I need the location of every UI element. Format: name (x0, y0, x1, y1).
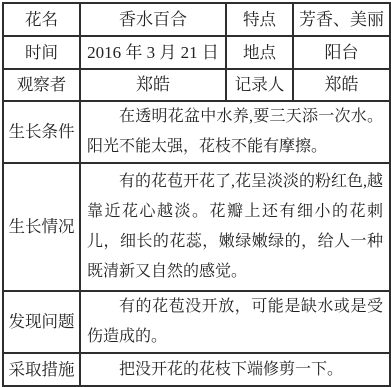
growth-status-label: 生长情况 (3, 163, 80, 291)
location-label: 地点 (226, 36, 293, 69)
measures-cell: 把没开花的花枝下端修剪一下。 (80, 353, 390, 386)
table-row-growth-status: 生长情况 有的花苞开花了,花呈淡淡的粉红色,越靠近花心越淡。花瓣上还有细小的花刺… (3, 163, 390, 291)
observer-value: 郑皓 (80, 69, 226, 101)
table-row-growth-conditions: 生长条件 在透明花盆中水养,要三天添一次水。阳光不能太强，花枝不能有摩擦。 (3, 101, 390, 163)
measures-label: 采取措施 (3, 353, 80, 386)
growth-status-cell: 有的花苞开花了,花呈淡淡的粉红色,越靠近花心越淡。花瓣上还有细小的花刺儿，细长的… (80, 163, 390, 291)
growth-status-content: 有的花苞开花了,花呈淡淡的粉红色,越靠近花心越淡。花瓣上还有细小的花刺儿，细长的… (87, 167, 383, 287)
problems-cell: 有的花苞没开放，可能是缺水或是受伤造成的。 (80, 291, 390, 353)
growth-conditions-label: 生长条件 (3, 101, 80, 163)
document-page: 花名 香水百合 特点 芳香、美丽 时间 2016 年 3 月 21 日 地点 阳… (0, 0, 391, 384)
recorder-label: 记录人 (226, 69, 293, 101)
table-row-time-place: 时间 2016 年 3 月 21 日 地点 阳台 (3, 36, 390, 69)
table-row-measures: 采取措施 把没开花的花枝下端修剪一下。 (3, 353, 390, 386)
date-label: 时间 (3, 36, 80, 69)
problems-label: 发现问题 (3, 291, 80, 353)
problems-content: 有的花苞没开放，可能是缺水或是受伤造成的。 (87, 292, 383, 352)
table-row-problems: 发现问题 有的花苞没开放，可能是缺水或是受伤造成的。 (3, 291, 390, 353)
observer-label: 观察者 (3, 69, 80, 101)
feature-value: 芳香、美丽 (293, 3, 390, 36)
table-row-flower: 花名 香水百合 特点 芳香、美丽 (3, 3, 390, 36)
date-value: 2016 年 3 月 21 日 (80, 36, 226, 69)
observation-table: 花名 香水百合 特点 芳香、美丽 时间 2016 年 3 月 21 日 地点 阳… (2, 2, 391, 387)
feature-label: 特点 (226, 3, 293, 36)
growth-conditions-cell: 在透明花盆中水养,要三天添一次水。阳光不能太强，花枝不能有摩擦。 (80, 101, 390, 163)
recorder-value: 郑皓 (293, 69, 390, 101)
location-value: 阳台 (293, 36, 390, 69)
flower-name-value: 香水百合 (80, 3, 226, 36)
table-row-people: 观察者 郑皓 记录人 郑皓 (3, 69, 390, 101)
growth-conditions-content: 在透明花盆中水养,要三天添一次水。阳光不能太强，花枝不能有摩擦。 (87, 102, 383, 162)
measures-content: 把没开花的花枝下端修剪一下。 (87, 355, 383, 385)
flower-name-label: 花名 (3, 3, 80, 36)
